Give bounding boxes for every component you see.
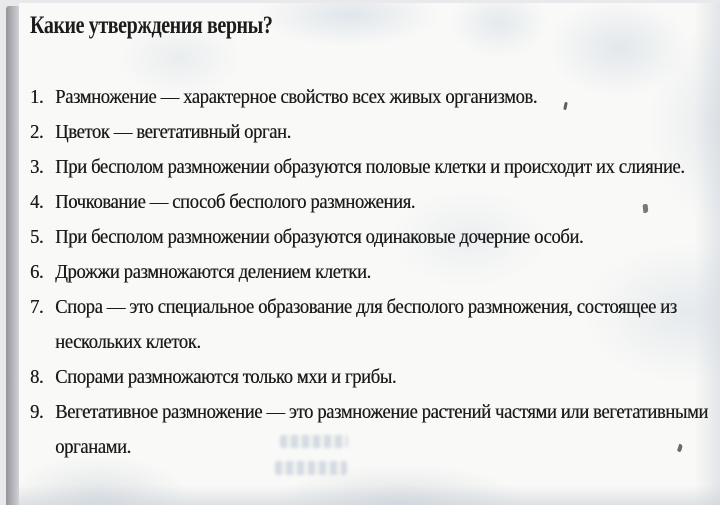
list-item-number: 6. bbox=[30, 255, 55, 290]
list-item-text: органами. bbox=[55, 430, 131, 465]
list-item-number bbox=[30, 430, 55, 465]
list-item-line: 8.Спорами размножаются только мхи и гриб… bbox=[30, 360, 720, 395]
list-item-number: 7. bbox=[30, 290, 55, 325]
list-item-line: 7.Спора — это специальное образование дл… bbox=[30, 290, 720, 325]
list-item-line: нескольких клеток. bbox=[30, 325, 720, 360]
list-item-number: 4. bbox=[30, 185, 55, 220]
list-item-number: 1. bbox=[30, 80, 55, 115]
list-item-text: Размножение — характерное свойство всех … bbox=[55, 80, 537, 115]
bleed-through-smudge bbox=[280, 435, 348, 448]
list-item-number: 2. bbox=[30, 115, 55, 150]
list-item-line: 5.При бесполом размножении образуются од… bbox=[30, 220, 720, 255]
list-item-line: 3.При бесполом размножении образуются по… bbox=[30, 150, 720, 185]
list-item-text: При бесполом размножении образуются поло… bbox=[55, 150, 684, 185]
statements-list: 1.Размножение — характерное свойство все… bbox=[30, 80, 720, 465]
page-left-edge-shadow bbox=[6, 6, 19, 505]
list-item-line: 1.Размножение — характерное свойство все… bbox=[30, 80, 720, 115]
list-item-line: органами. bbox=[30, 430, 720, 465]
list-item-text: Дрожжи размножаются делением клетки. bbox=[55, 255, 371, 290]
list-item-text: Спорами размножаются только мхи и грибы. bbox=[55, 360, 396, 395]
list-item-line: 4.Почкование — способ бесполого размноже… bbox=[30, 185, 720, 220]
list-item-text: Почкование — способ бесполого размножени… bbox=[55, 185, 415, 220]
list-item-text: нескольких клеток. bbox=[55, 325, 201, 360]
ink-speck bbox=[643, 204, 649, 213]
list-item-number: 8. bbox=[30, 360, 55, 395]
list-item-text: При бесполом размножении образуются один… bbox=[55, 220, 583, 255]
scanned-page: Какие утверждения верны? 1.Размножение —… bbox=[19, 3, 720, 505]
list-item-line: 9.Вегетативное размножение — это размнож… bbox=[30, 395, 720, 430]
list-item-number: 9. bbox=[30, 395, 55, 430]
list-item-line: 2.Цветок — вегетативный орган. bbox=[30, 115, 720, 150]
list-item-line: 6.Дрожжи размножаются делением клетки. bbox=[30, 255, 720, 290]
list-item-text: Вегетативное размножение — это размножен… bbox=[55, 395, 708, 430]
list-item-number: 5. bbox=[30, 220, 55, 255]
page-title: Какие утверждения верны? bbox=[30, 12, 273, 40]
list-item-text: Цветок — вегетативный орган. bbox=[55, 115, 291, 150]
list-item-number: 3. bbox=[30, 150, 55, 185]
list-item-number bbox=[30, 325, 55, 360]
bleed-through-smudge bbox=[275, 461, 347, 475]
list-item-text: Спора — это специальное образование для … bbox=[55, 290, 677, 325]
